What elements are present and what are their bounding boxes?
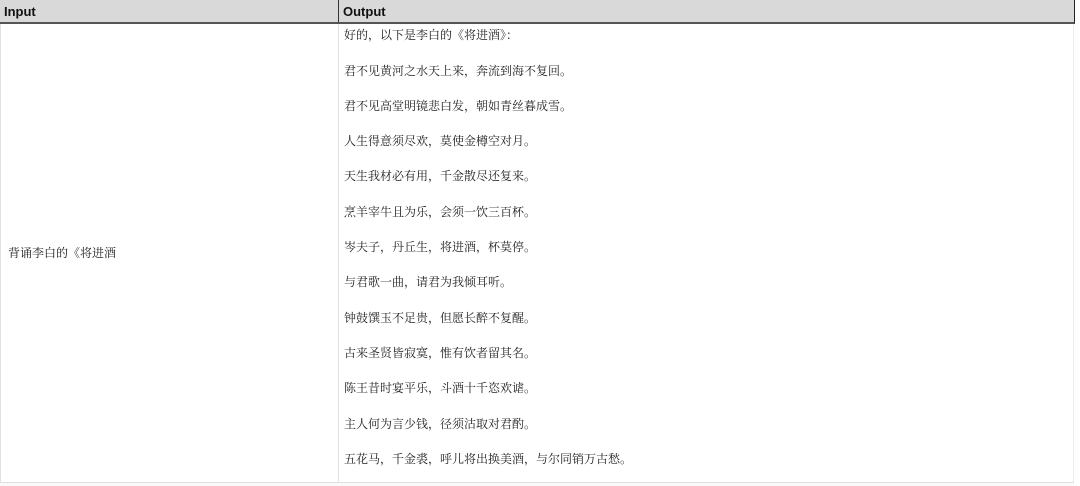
spreadsheet-table: Input Output 背诵李白的《将进酒 好的，以下是李白的《将进酒》： 君… (0, 0, 1075, 486)
output-line: 古来圣贤皆寂寞，惟有饮者留其名。 (344, 344, 536, 361)
output-cell[interactable]: 好的，以下是李白的《将进酒》： 君不见黄河之水天上来，奔流到海不复回。 君不见高… (339, 24, 1074, 482)
output-line: 与君歌一曲，请君为我倾耳听。 (344, 273, 512, 290)
output-line: 天生我材必有用，千金散尽还复来。 (344, 167, 536, 184)
output-line: 钟鼓馔玉不足贵，但愿长醉不复醒。 (344, 309, 536, 326)
output-line: 君不见黄河之水天上来，奔流到海不复回。 (344, 62, 572, 79)
output-line: 君不见高堂明镜悲白发，朝如青丝暮成雪。 (344, 97, 572, 114)
input-cell-text: 背诵李白的《将进酒 (8, 244, 116, 261)
input-cell[interactable]: 背诵李白的《将进酒 (0, 24, 339, 482)
output-line: 五花马，千金裘，呼儿将出换美酒，与尔同销万古愁。 (344, 450, 632, 467)
table-header-row: Input Output (0, 0, 1075, 24)
output-line: 人生得意须尽欢，莫使金樽空对月。 (344, 132, 536, 149)
output-line: 陈王昔时宴平乐，斗酒十千恣欢谑。 (344, 379, 536, 396)
output-line: 主人何为言少钱，径须沽取对君酌。 (344, 415, 536, 432)
output-line: 烹羊宰牛且为乐，会须一饮三百杯。 (344, 203, 536, 220)
output-line: 岑夫子，丹丘生，将进酒，杯莫停。 (344, 238, 536, 255)
column-header-input[interactable]: Input (0, 0, 339, 22)
column-header-output[interactable]: Output (339, 0, 1074, 22)
output-line: 好的，以下是李白的《将进酒》： (344, 26, 518, 43)
